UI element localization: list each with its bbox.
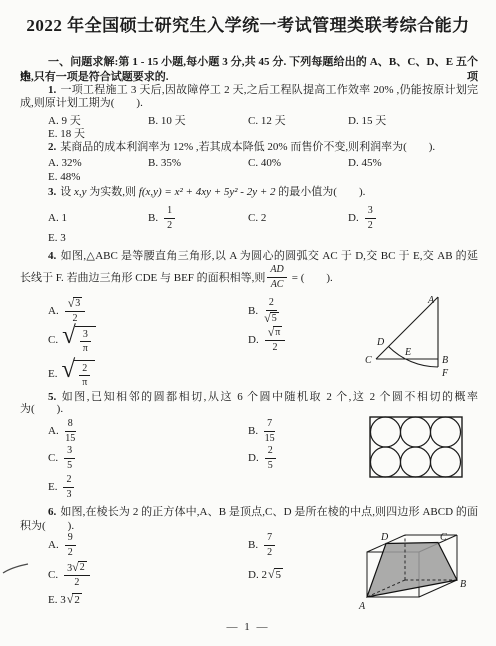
radicand: 5	[274, 568, 284, 582]
fraction-numerator: 3	[64, 445, 75, 459]
option-label: D.	[248, 452, 259, 464]
radical: √π	[268, 326, 283, 339]
q4-stem-line1: 4.如图,△ABC 是等腰直角三角形,以 A 为圆心的圆弧交 AC 于 D,交 …	[20, 249, 478, 264]
radical: √2	[67, 593, 82, 607]
radical: √3	[68, 297, 83, 310]
fraction-numerator: 9	[65, 532, 76, 546]
q4-number: 4.	[48, 250, 60, 262]
fraction-denominator: 5	[268, 459, 273, 472]
q3-stem-pre: 设	[60, 186, 74, 198]
cube-label-b: B	[460, 579, 466, 590]
q3-option-d: D.32	[348, 205, 378, 231]
option-label: B.	[248, 425, 258, 437]
fraction: 23	[63, 474, 74, 500]
triangle-label-e: E	[404, 347, 411, 358]
fraction-denominator: π	[82, 376, 87, 389]
circle-5	[401, 447, 431, 477]
q4-option-b: B.2√5	[248, 297, 281, 325]
q4-stem-line2-post: = ( ).	[292, 269, 333, 285]
q2-option-c: C. 40%	[248, 156, 281, 170]
q2-option-d: D. 45%	[348, 156, 382, 170]
radicand: 2	[72, 593, 82, 607]
fraction: 3√22	[64, 561, 90, 589]
sqrt-sign: √	[62, 323, 76, 348]
figure-triangle-with-arc: A B C D E F	[362, 292, 496, 384]
fraction: 12	[164, 205, 175, 231]
triangle-label-d: D	[376, 337, 385, 348]
q6-stem-text: 如图,在棱长为 2 的正方体中,A、B 是顶点,C、D 是所在棱的中点,则四边形…	[60, 506, 478, 518]
q3-option-e: E. 3	[48, 231, 66, 245]
circle-1	[371, 417, 401, 447]
cube-label-d: D	[380, 532, 389, 543]
option-label: C.	[48, 452, 58, 464]
q2-options-row: A. 32% B. 35% C. 40% D. 45%	[20, 156, 478, 170]
q4-stem-line2: 长线于 F. 若曲边三角形 CDE 与 BEF 的面积相等,则 ADAC = (…	[20, 264, 333, 290]
option-label: D. 2	[248, 569, 267, 581]
q1-stem-text: 一项工程施工 3 天后,因故障停工 2 天,之后工程队提高工作效率 20% ,仍…	[60, 84, 478, 96]
triangle-label-c: C	[365, 355, 372, 366]
q6-option-b: B.72	[248, 531, 277, 559]
q1-options-row: A. 9 天 B. 10 天 C. 12 天 D. 15 天	[20, 113, 478, 127]
radical: √5	[268, 568, 283, 582]
fraction: 2√5	[264, 297, 279, 325]
option-label: E.	[48, 481, 57, 493]
option-label: E.	[48, 368, 57, 380]
fraction-numerator: 7	[264, 532, 275, 546]
option-label: B.	[148, 212, 158, 224]
fraction: 25	[265, 445, 276, 471]
fraction-denominator: AC	[271, 278, 284, 291]
q3-option-c: C. 2	[248, 205, 266, 231]
q2-option-e: E. 48%	[48, 170, 80, 184]
option-label: B.	[248, 305, 258, 317]
q1-option-e-row: E. 18 天	[20, 126, 478, 140]
ad-ac-fraction: ADAC	[267, 264, 286, 290]
triangle-label-a: A	[427, 295, 435, 306]
sqrt-sign: √	[61, 357, 75, 382]
fraction-denominator: 2	[273, 341, 278, 354]
q1-option-b: B. 10 天	[148, 113, 186, 127]
q6-number: 6.	[48, 506, 60, 518]
q2-option-a: A. 32%	[48, 156, 82, 170]
circle-6	[431, 447, 461, 477]
fraction: √π2	[265, 326, 286, 354]
q4-option-e: E.√2π	[48, 359, 95, 389]
fraction: 715	[264, 418, 275, 444]
fraction: 92	[65, 532, 76, 558]
fraction-numerator: 8	[65, 418, 76, 432]
fraction-denominator: 2	[167, 219, 172, 232]
circle-4	[371, 447, 401, 477]
q2-number: 2.	[48, 141, 60, 153]
cube-label-a: A	[358, 601, 366, 612]
fraction-numerator: 2	[79, 363, 90, 377]
option-label: C.	[48, 569, 58, 581]
radicand: 2	[78, 561, 87, 574]
fraction: √32	[65, 297, 86, 325]
option-label: D.	[348, 212, 359, 224]
fraction: 2π	[79, 363, 90, 389]
q2-option-b: B. 35%	[148, 156, 181, 170]
fraction: 35	[64, 445, 75, 471]
q6-option-a: A.92	[48, 531, 78, 559]
arc-def	[389, 347, 439, 368]
option-label: A.	[48, 425, 59, 437]
fraction-denominator: 2	[368, 219, 373, 232]
q4-stem-text: 如图,△ABC 是等腰直角三角形,以 A 为圆心的圆弧交 AC 于 D,交 BC…	[60, 250, 478, 262]
q3-stem-post: 的最小值为( ).	[276, 186, 366, 198]
fraction-denominator: 3	[66, 488, 71, 501]
fraction-numerator: 3	[365, 205, 376, 219]
q1-stem-line2: 成,则原计划工期为( ).	[20, 96, 478, 111]
q4-stem-line2-pre: 长线于 F. 若曲边三角形 CDE 与 BEF 的面积相等,则	[20, 269, 265, 285]
fraction: 3π	[80, 329, 91, 355]
fraction-numerator: 7	[264, 418, 275, 432]
fraction: 815	[65, 418, 76, 444]
q5-option-c: C.35	[48, 444, 77, 472]
q6-option-e: E. 3√2	[48, 592, 82, 608]
fraction: 72	[264, 532, 275, 558]
q1-option-c: C. 12 天	[248, 113, 286, 127]
q6-option-d: D. 2√5	[248, 561, 283, 589]
fraction-numerator: AD	[267, 264, 286, 278]
q4-option-c: C.√3π	[48, 325, 96, 355]
fraction-denominator: 2	[68, 546, 73, 559]
circle-3	[431, 417, 461, 447]
radical: √5	[264, 312, 279, 325]
q2-stem: 2.某商品的成本利润率为 12% ,若其成本降低 20% 而售价不变,则利润率为…	[20, 140, 478, 155]
fraction-numerator: 3	[80, 329, 91, 343]
q3-formula: f(x,y) = x² + 4xy + 5y² - 2y + 2	[139, 186, 276, 198]
fraction-numerator: 1	[164, 205, 175, 219]
q2-option-e-row: E. 48%	[20, 170, 478, 184]
option-label: A.	[48, 539, 59, 551]
fraction-denominator: 5	[67, 459, 72, 472]
page-title: 2022 年全国硕士研究生入学统一考试管理类联考综合能力	[0, 11, 496, 36]
radicand: 3	[73, 297, 82, 310]
q3-variables: x,y	[74, 186, 87, 198]
triangle-label-b: B	[442, 355, 448, 366]
pen-stroke	[3, 564, 28, 573]
fraction-denominator: 15	[65, 432, 75, 445]
figure-cube: A B C D	[357, 527, 471, 621]
radical: √2π	[61, 360, 95, 389]
triangle-label-f: F	[441, 368, 449, 379]
q5-option-e: E.23	[48, 473, 76, 501]
option-label: B.	[248, 539, 258, 551]
option-label: E. 3	[48, 594, 66, 606]
q5-option-b: B.715	[248, 417, 277, 445]
fraction-denominator: 2	[267, 546, 272, 559]
stray-pen-mark	[0, 556, 32, 580]
page-number: — 1 —	[0, 621, 496, 633]
radicand: π	[273, 326, 282, 339]
q3-stem: 3.设 x,y 为实数,则 f(x,y) = x² + 4xy + 5y² - …	[20, 185, 478, 200]
fraction: 32	[365, 205, 376, 231]
fraction-denominator: 2	[74, 576, 79, 589]
circle-2	[401, 417, 431, 447]
option-label: A.	[48, 305, 59, 317]
radicand: 5	[270, 312, 279, 325]
q1-number: 1.	[48, 84, 60, 96]
q5-option-d: D.25	[248, 444, 278, 472]
q1-option-d: D. 15 天	[348, 113, 386, 127]
q5-stem-line2: 为( ).	[20, 402, 478, 417]
q4-option-d: D.√π2	[248, 325, 287, 355]
figure-six-circles	[369, 416, 465, 480]
fraction-numerator: 2	[63, 474, 74, 488]
fraction-numerator: 2	[266, 297, 277, 311]
q3-stem-mid: 为实数,则	[87, 186, 139, 198]
q5-option-a: A.815	[48, 417, 78, 445]
option-label: D.	[248, 334, 259, 346]
fraction-numerator: 2	[265, 445, 276, 459]
q3-number: 3.	[48, 186, 60, 198]
q3-option-e-row: E. 3	[20, 231, 478, 245]
radical: √3π	[62, 326, 96, 355]
q3-option-b: B.12	[148, 205, 177, 231]
exam-page: 2022 年全国硕士研究生入学统一考试管理类联考综合能力 一、问题求解:第 1 …	[0, 0, 496, 646]
q2-stem-text: 某商品的成本利润率为 12% ,若其成本降低 20% 而售价不变,则利润率为( …	[60, 141, 435, 153]
fraction-denominator: 15	[265, 432, 275, 445]
q4-option-a: A.√32	[48, 297, 87, 325]
q3-option-a: A. 1	[48, 205, 67, 231]
fraction-denominator: π	[83, 342, 88, 355]
radical: √2	[72, 561, 87, 574]
cube-label-c: C	[440, 532, 447, 543]
q6-stem-line1: 6.如图,在棱长为 2 的正方体中,A、B 是顶点,C、D 是所在棱的中点,则四…	[20, 505, 478, 520]
q3-options-row: A. 1 B.12 C. 2 D.32	[20, 205, 478, 231]
q1-option-e: E. 18 天	[48, 126, 85, 140]
q6-option-c: C.3√22	[48, 561, 92, 589]
option-label: C.	[48, 334, 58, 346]
